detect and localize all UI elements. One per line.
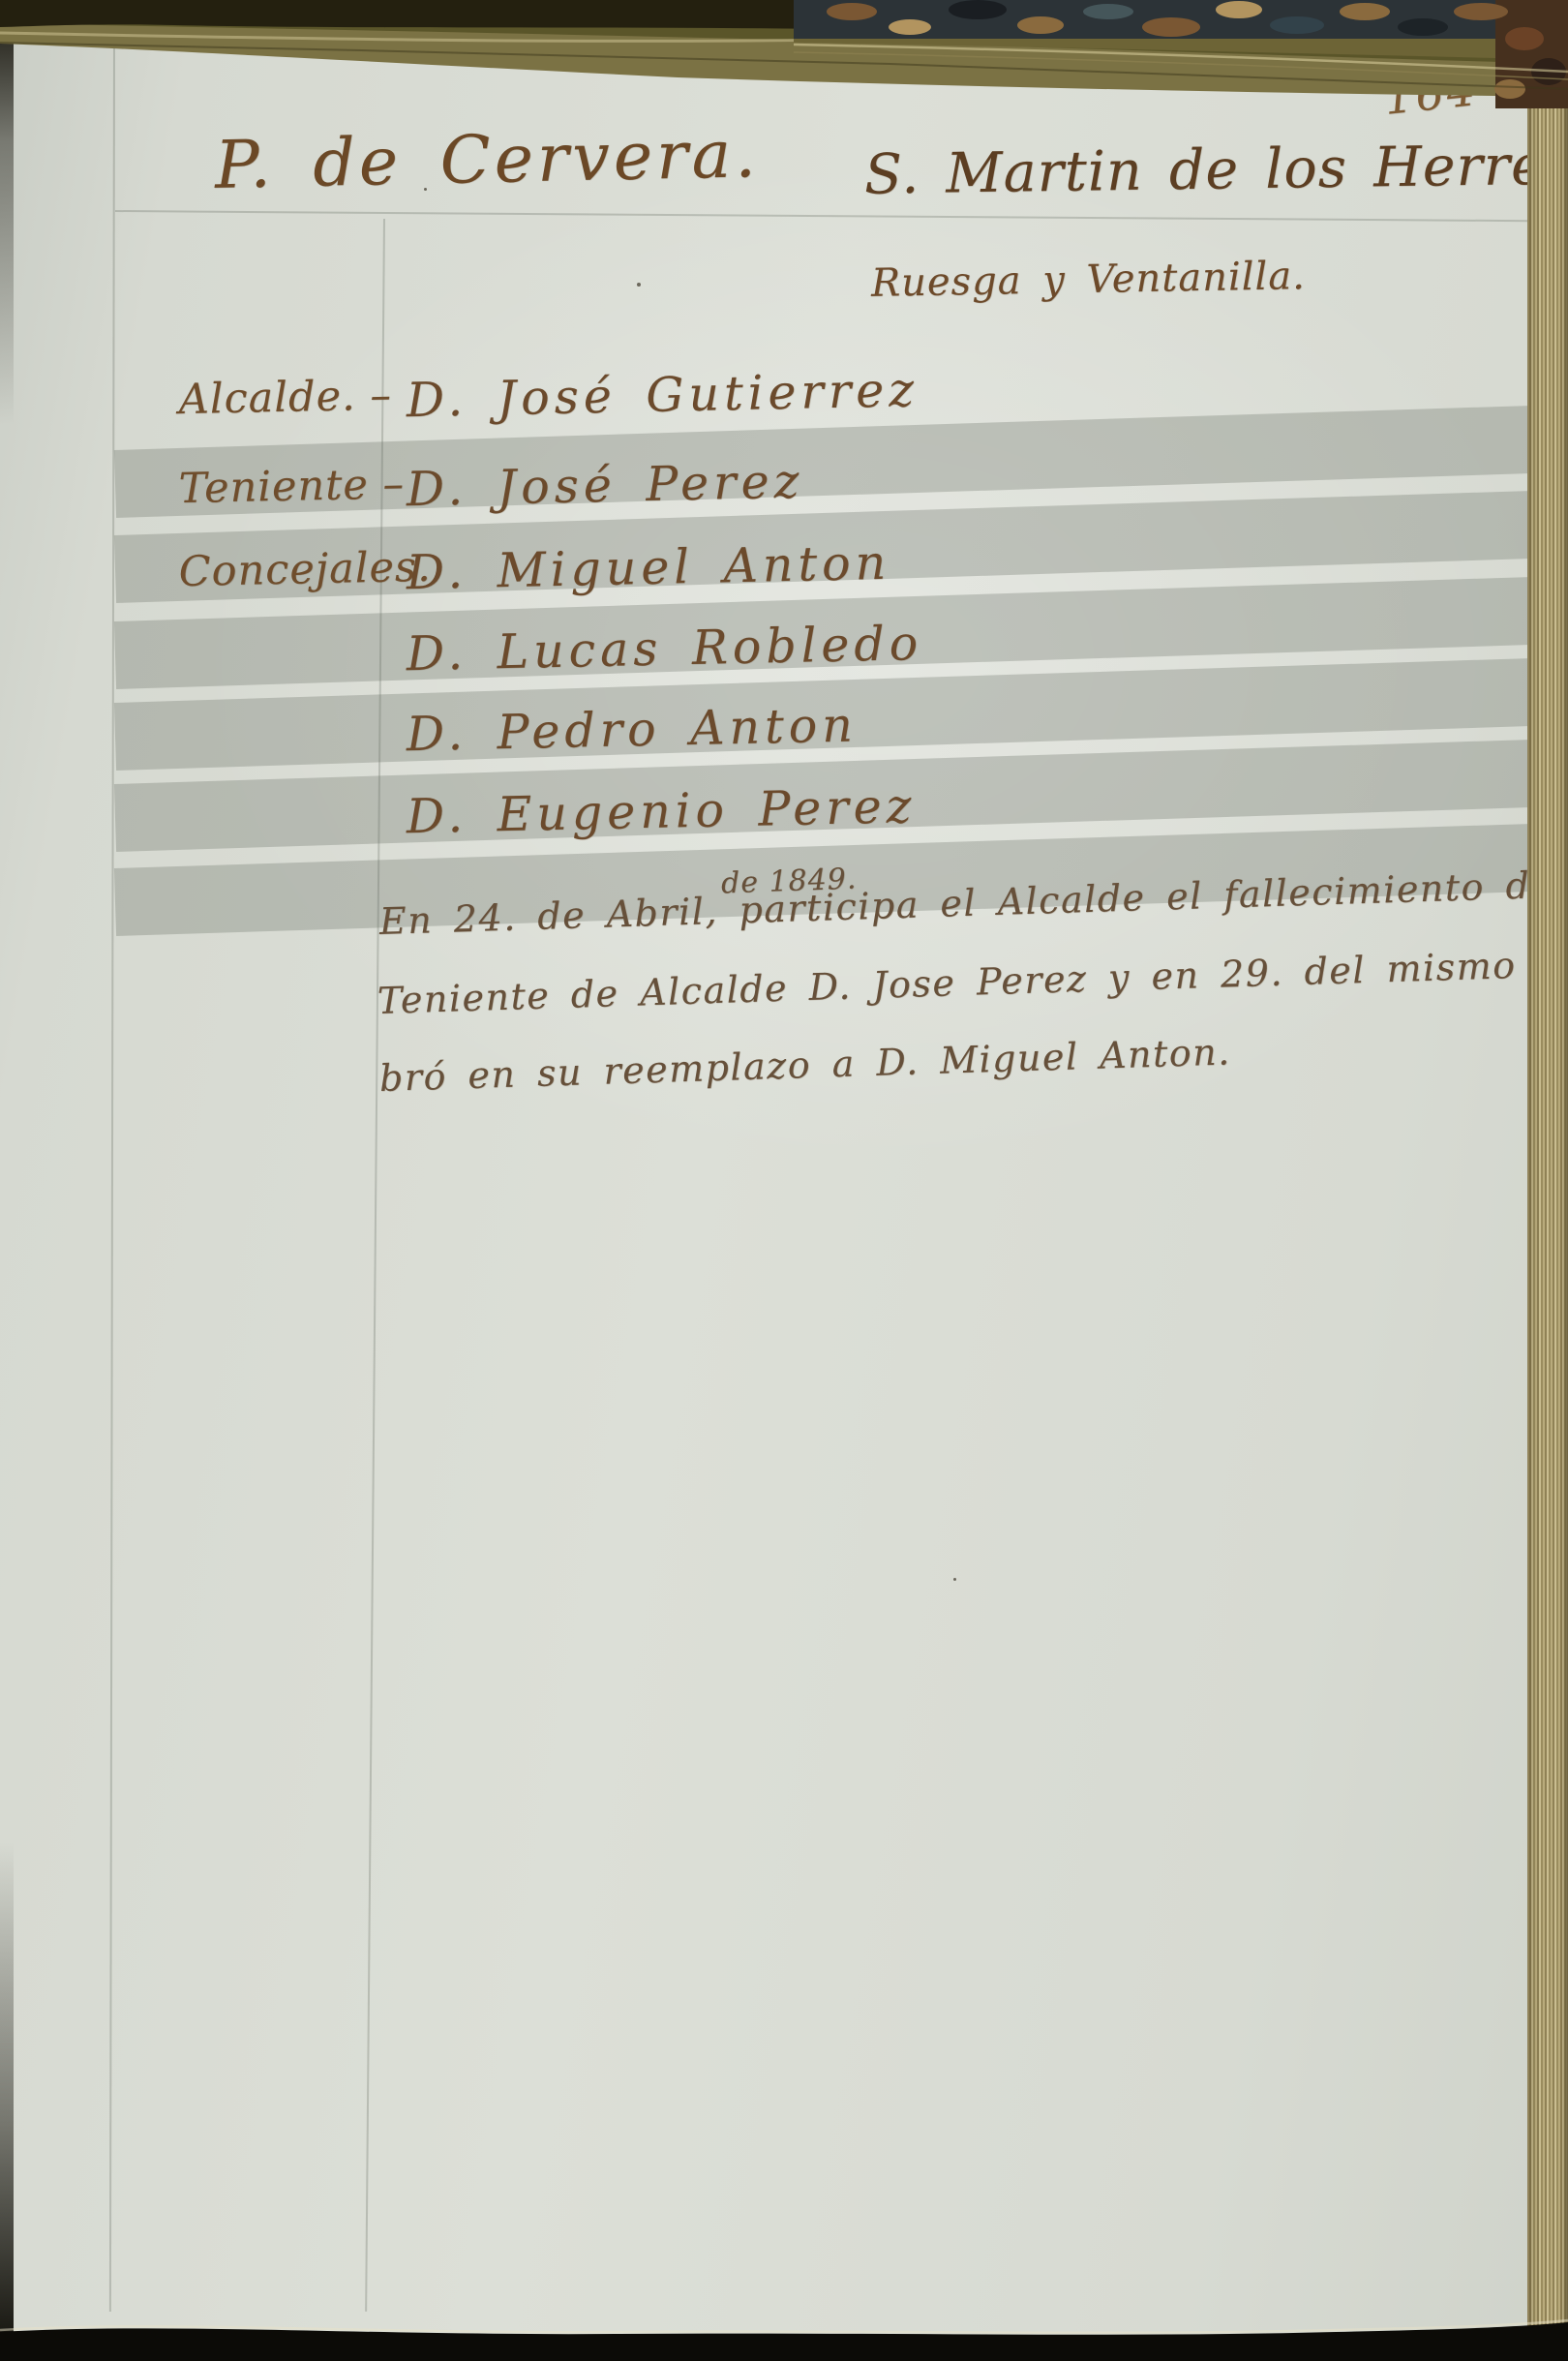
official-name: D. Eugenio Perez bbox=[406, 778, 917, 844]
gutter-shadow bbox=[0, 0, 14, 2361]
book-bottom-edge bbox=[0, 2307, 1568, 2361]
page-edge-stack bbox=[1527, 0, 1568, 2361]
note-line: bró en su reemplazo a D. Miguel Anton. bbox=[378, 1030, 1231, 1100]
office-label: Alcalde. – bbox=[178, 372, 392, 425]
district-heading: P. de Cervera. bbox=[214, 116, 760, 204]
paper-speck bbox=[953, 1578, 956, 1581]
office-label: Concejales. bbox=[178, 543, 432, 596]
book-top-edge bbox=[0, 0, 1568, 114]
annex-subheading: Ruesga y Ventanilla. bbox=[871, 254, 1307, 306]
official-name: D. José Gutierrez bbox=[406, 362, 919, 428]
official-name: D. José Perez bbox=[406, 454, 804, 518]
office-label: Teniente – bbox=[178, 460, 405, 513]
note-line: Teniente de Alcalde D. Jose Perez y en 2… bbox=[377, 938, 1568, 1022]
ruled-line-header bbox=[115, 210, 1530, 222]
official-name: D. Pedro Anton bbox=[406, 697, 858, 762]
manuscript-page: 164 P. de Cervera. S. Martin de los Herr… bbox=[0, 0, 1568, 2361]
paper-speck bbox=[637, 283, 641, 287]
town-heading: S. Martin de los Herreros. bbox=[864, 132, 1568, 206]
official-name: D. Lucas Robledo bbox=[406, 616, 923, 681]
official-name: D. Miguel Anton bbox=[406, 535, 890, 600]
